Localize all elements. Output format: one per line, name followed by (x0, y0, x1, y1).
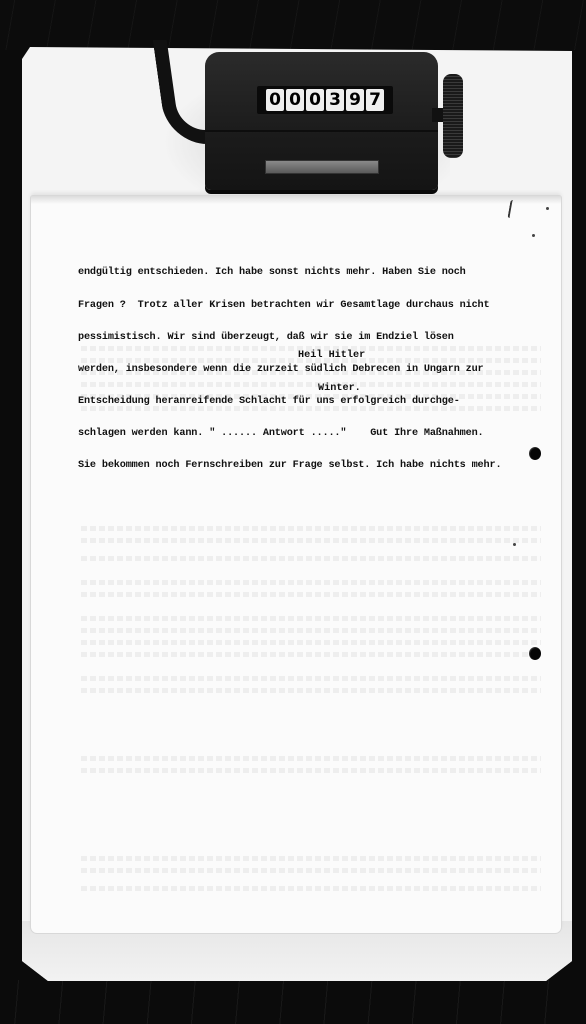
counter-digit: 9 (346, 89, 364, 111)
frame-counter-device: 0 0 0 3 9 7 (205, 52, 438, 190)
bleed-through-line (81, 370, 541, 375)
counter-reset-knob (443, 74, 463, 158)
bleed-through-line (81, 538, 541, 543)
bleed-through-line (81, 526, 541, 531)
bleed-through-line (81, 556, 541, 561)
speck (532, 234, 535, 237)
bleed-through-line (81, 768, 541, 773)
punch-hole (529, 447, 541, 460)
counter-seam (205, 130, 438, 132)
speck (546, 207, 549, 210)
bleed-through-line (81, 592, 541, 597)
bleed-through-line (81, 856, 541, 861)
body-line: Fragen ? Trotz aller Krisen betrachten w… (78, 301, 558, 312)
counter-digit: 0 (266, 89, 284, 111)
counter-nameplate (265, 160, 379, 174)
bleed-through-line (81, 346, 541, 351)
frame-counter-display: 0 0 0 3 9 7 (257, 86, 393, 114)
punch-hole (529, 647, 541, 660)
counter-digit: 0 (286, 89, 304, 111)
film-strip-bottom-border (0, 980, 586, 1024)
counter-digit: 0 (306, 89, 324, 111)
film-strip-top-border (0, 0, 586, 50)
bleed-through-line (81, 886, 541, 891)
page-top-shadow (31, 196, 561, 204)
bleed-through-line (81, 382, 541, 387)
bleed-through-line (81, 676, 541, 681)
document-page: endgültig entschieden. Ich habe sonst ni… (31, 196, 561, 933)
bleed-through-line (81, 394, 541, 399)
bleed-through-line (81, 868, 541, 873)
bleed-through-line (81, 358, 541, 363)
bleed-through-line (81, 580, 541, 585)
bleed-through-line (81, 756, 541, 761)
body-line: Sie bekommen noch Fernschreiben zur Frag… (78, 461, 558, 472)
counter-digit: 3 (326, 89, 344, 111)
body-line: schlagen werden kann. " ...... Antwort .… (78, 429, 558, 440)
body-line: endgültig entschieden. Ich habe sonst ni… (78, 268, 558, 279)
bleed-through-line (81, 688, 541, 693)
bleed-through-line (81, 406, 541, 411)
bleed-through-line (81, 628, 541, 633)
counter-digit: 7 (366, 89, 384, 111)
speck (513, 543, 516, 546)
bleed-through-line (81, 640, 541, 645)
bleed-through-line (81, 616, 541, 621)
bleed-through-line (81, 652, 541, 657)
